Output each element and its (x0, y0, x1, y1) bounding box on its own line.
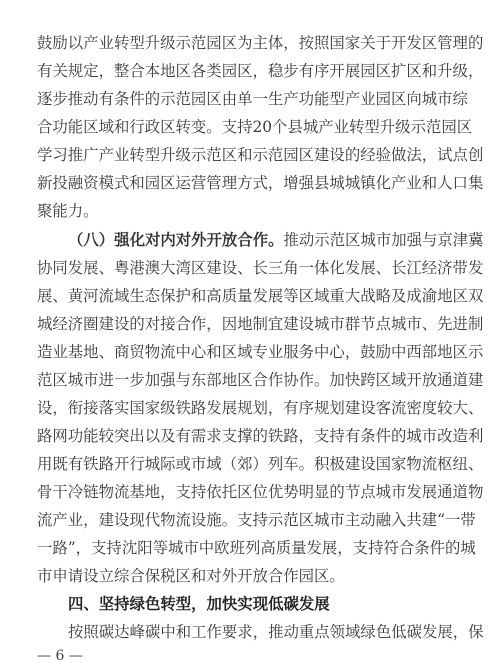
section-heading: 四、坚持绿色转型，加快实现低碳发展 (68, 594, 451, 614)
paragraph-1-line-2: 有关规定，整合本地区各类园区，稳步有序开展园区扩区和升级， (37, 61, 451, 81)
paragraph-2-line-10: 骨干冷链物流基地，支持依托区位优势明显的节点城市发展通道物 (37, 482, 451, 502)
paragraph-2-line-7: 设，衔接落实国家级铁路发展规划，有序规划建设客流密度较大、 (37, 398, 451, 418)
paragraph-2-line-11: 流产业，建设现代物流设施。支持示范区城市主动融入共建“一带 (37, 510, 451, 530)
paragraph-2-line-6: 范区城市进一步加强与东部地区合作协作。加快跨区域开放通道建 (37, 370, 451, 390)
paragraph-2-line-12: 一路”，支持沈阳等城市中欧班列高质量发展，支持符合条件的城 (37, 538, 451, 558)
paragraph-1-line-3: 逐步推动有条件的示范园区由单一生产功能型产业园区向城市综 (37, 89, 451, 109)
paragraph-2-line-3: 展、黄河流域生态保护和高质量发展等区域重大战略及成渝地区双 (37, 286, 451, 306)
paragraph-2-line-2: 协同发展、粤港澳大湾区建设、长三角一体化发展、长江经济带发 (37, 258, 451, 278)
paragraph-2-line-1: （八）强化对内对外开放合作。推动示范区城市加强与京津冀 (68, 230, 451, 250)
paragraph-2-line-5: 造业基地、商贸物流中心和区域专业服务中心，鼓励中西部地区示 (37, 342, 451, 362)
paragraph-1-line-6: 新投融资模式和园区运营管理方式，增强县城城镇化产业和人口集 (37, 173, 451, 193)
paragraph-3-line-1: 按照碳达峰碳中和工作要求，推动重点领域绿色低碳发展，保 (68, 622, 451, 642)
paragraph-2-line-8: 路网功能较突出以及有需求支撑的铁路，支持有条件的城市改造利 (37, 426, 451, 446)
paragraph-2-line-9: 用既有铁路开行城际或市域（郊）列车。积极建设国家物流枢纽、 (37, 454, 451, 474)
paragraph-1-line-1: 鼓励以产业转型升级示范园区为主体，按照国家关于开发区管理的 (37, 33, 451, 53)
document-page: 鼓励以产业转型升级示范园区为主体，按照国家关于开发区管理的 有关规定，整合本地区… (0, 0, 490, 672)
paragraph-1-line-7: 聚能力。 (37, 201, 451, 221)
paragraph-1-line-5: 学习推广产业转型升级示范区和示范园区建设的经验做法，试点创 (37, 145, 451, 165)
paragraph-2-line-13: 市申请设立综合保税区和对外开放合作园区。 (37, 566, 451, 586)
paragraph-1-line-4: 合功能区域和行政区转变。支持20个县城产业转型升级示范园区 (37, 117, 451, 137)
paragraph-2-line-1-text: 推动示范区城市加强与京津冀 (283, 231, 483, 249)
subsection-heading-8: （八）强化对内对外开放合作。 (68, 231, 283, 249)
page-number: — 6 — (37, 648, 83, 664)
paragraph-2-line-4: 城经济圈建设的对接合作，因地制宜建设城市群节点城市、先进制 (37, 314, 451, 334)
